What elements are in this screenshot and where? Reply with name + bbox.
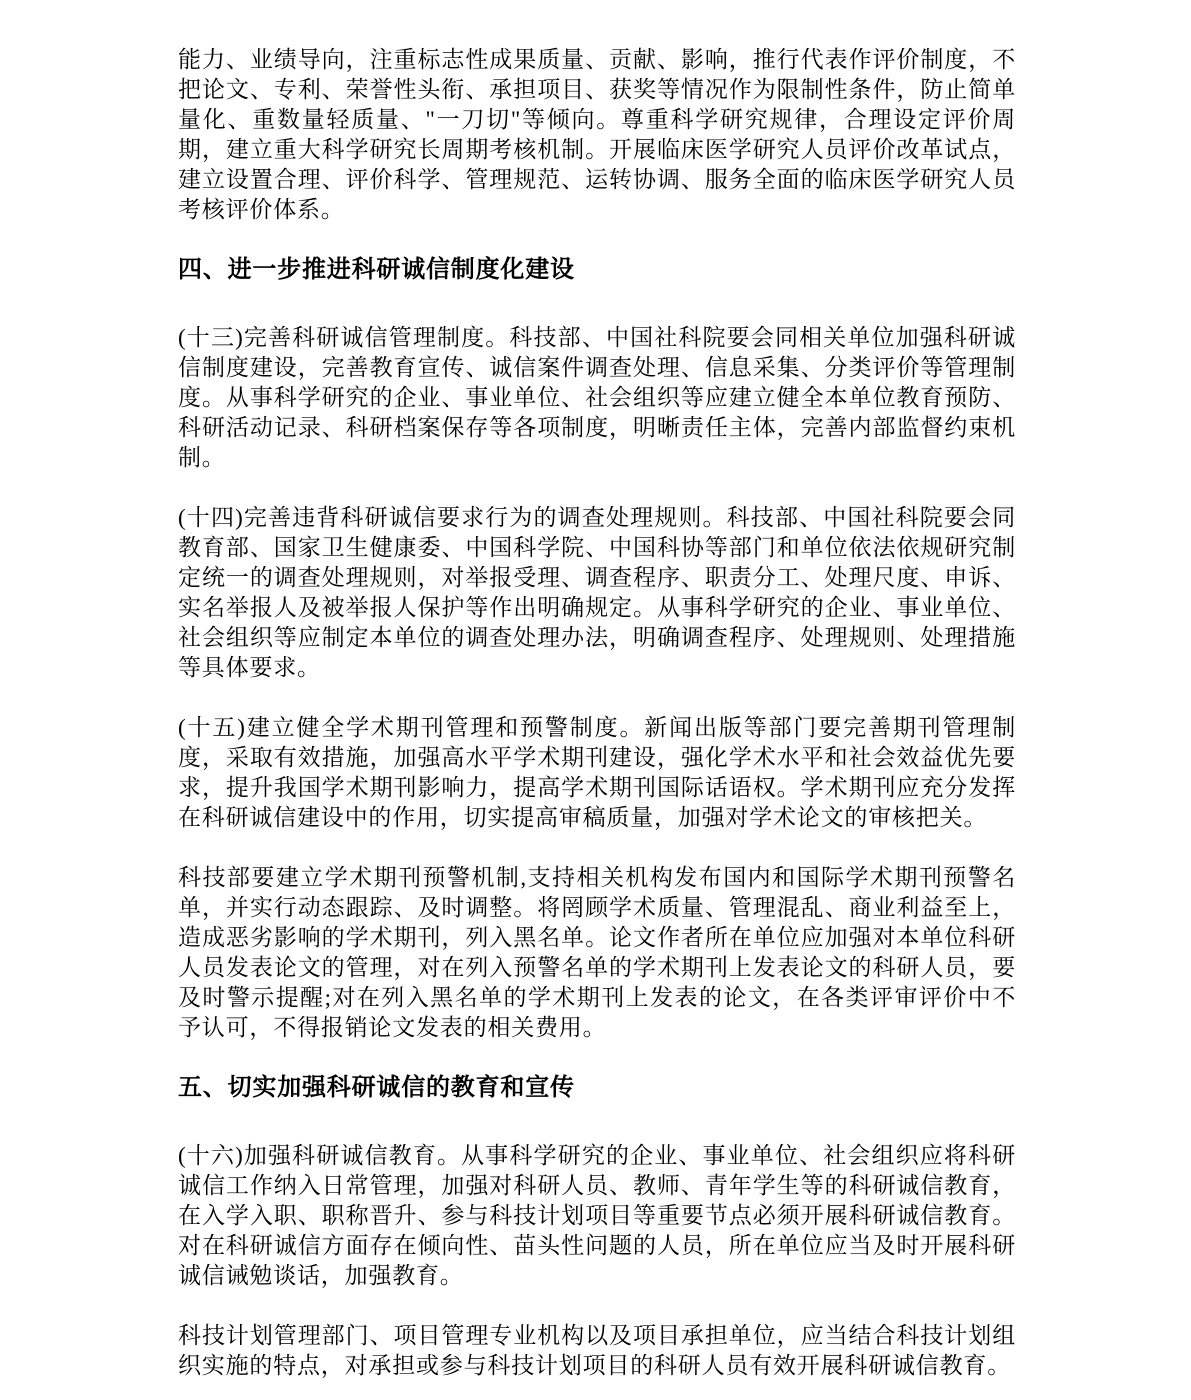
section-heading-5: 五、切实加强科研诚信的教育和宣传 — [178, 1073, 1016, 1103]
body-paragraph-program-education: 科技计划管理部门、项目管理专业机构以及项目承担单位，应当结合科技计划组织实施的特… — [178, 1321, 1016, 1381]
section-heading-4: 四、进一步推进科研诚信制度化建设 — [178, 255, 1016, 285]
body-paragraph-evaluation-continuation: 能力、业绩导向，注重标志性成果质量、贡献、影响，推行代表作评价制度，不把论文、专… — [178, 45, 1016, 225]
body-paragraph-item-16: (十六)加强科研诚信教育。从事科学研究的企业、事业单位、社会组织应将科研诚信工作… — [178, 1141, 1016, 1291]
document-page: 能力、业绩导向，注重标志性成果质量、贡献、影响，推行代表作评价制度，不把论文、专… — [0, 0, 1191, 1400]
body-paragraph-journal-warning: 科技部要建立学术期刊预警机制,支持相关机构发布国内和国际学术期刊预警名单，并实行… — [178, 863, 1016, 1043]
body-paragraph-item-14: (十四)完善违背科研诚信要求行为的调查处理规则。科技部、中国社科院要会同教育部、… — [178, 503, 1016, 683]
body-paragraph-item-13: (十三)完善科研诚信管理制度。科技部、中国社科院要会同相关单位加强科研诚信制度建… — [178, 323, 1016, 473]
body-paragraph-item-15: (十五)建立健全学术期刊管理和预警制度。新闻出版等部门要完善期刊管理制度，采取有… — [178, 713, 1016, 833]
